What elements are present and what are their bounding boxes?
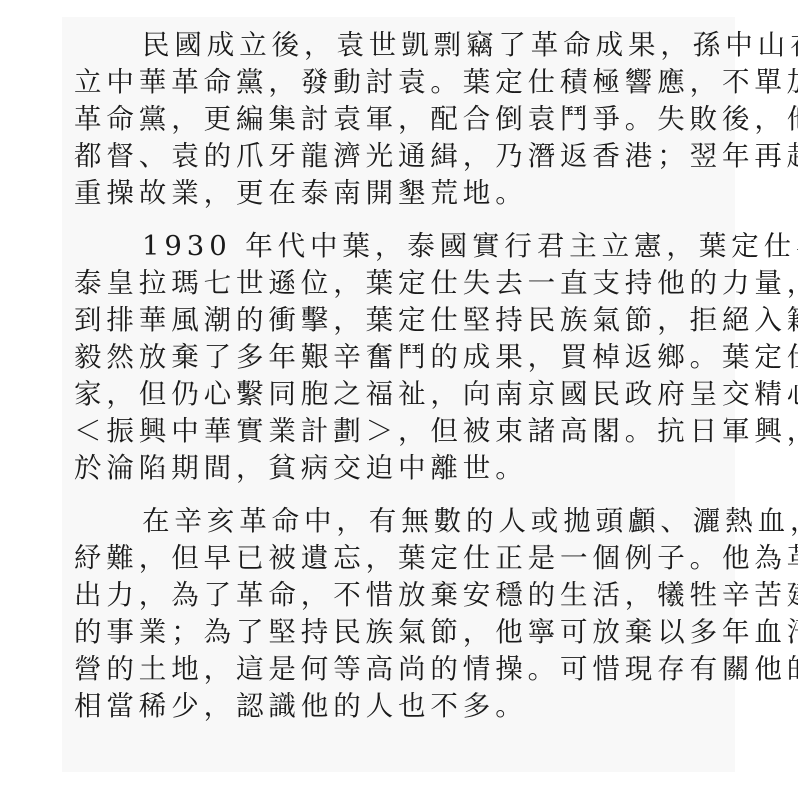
text-line: 民國成立後，袁世凱剽竊了革命成果，孫中山在日本成 (74, 27, 734, 64)
text-line: 在辛亥革命中，有無數的人或拋頭顱、灑熱血，或毀家 (74, 503, 734, 540)
text-line: 都督、袁的爪牙龍濟光通緝，乃潛返香港；翌年再赴泰國， (74, 138, 734, 175)
text-line: 於淪陷期間，貧病交迫中離世。 (74, 450, 734, 487)
paragraph-3: 在辛亥革命中，有無數的人或拋頭顱、灑熱血，或毀家 紓難，但早已被遺忘，葉定仕正是… (74, 503, 734, 725)
text-line: 1930 年代中葉，泰國實行君主立憲，葉定仕早年的好友 (74, 228, 734, 265)
text-line: 營的土地，這是何等高尚的情操。可惜現存有關他的資料， (74, 651, 734, 688)
text-line: 立中華革命黨，發動討袁。葉定仕積極響應，不單加入中華 (74, 64, 734, 101)
text-line: 出力，為了革命，不惜放棄安穩的生活，犧牲辛苦建立起來 (74, 577, 734, 614)
text-line: 紓難，但早已被遺忘，葉定仕正是一個例子。他為革命出錢 (74, 540, 734, 577)
article-body: 民國成立後，袁世凱剽竊了革命成果，孫中山在日本成 立中華革命黨，發動討袁。葉定仕… (74, 27, 734, 741)
text-line: 革命黨，更編集討袁軍，配合倒袁鬥爭。失敗後，他被廣東 (74, 101, 734, 138)
scanned-page: 民國成立後，袁世凱剽竊了革命成果，孫中山在日本成 立中華革命黨，發動討袁。葉定仕… (62, 17, 735, 772)
text-line: 的事業；為了堅持民族氣節，他寧可放棄以多年血汗開墾經 (74, 614, 734, 651)
text-line: 泰皇拉瑪七世遜位，葉定仕失去一直支持他的力量，加上受 (74, 265, 734, 302)
text-line: 重操故業，更在泰南開墾荒地。 (74, 175, 734, 212)
paragraph-1: 民國成立後，袁世凱剽竊了革命成果，孫中山在日本成 立中華革命黨，發動討袁。葉定仕… (74, 27, 734, 212)
text-line: 到排華風潮的衝擊，葉定仕堅持民族氣節，拒絕入籍泰國， (74, 302, 734, 339)
text-line: 家，但仍心繫同胞之福祉，向南京國民政府呈交精心撰寫的 (74, 376, 734, 413)
text-line: 毅然放棄了多年艱辛奮鬥的成果，買棹返鄉。葉定仕閒賦在 (74, 339, 734, 376)
text-line: 相當稀少，認識他的人也不多。 (74, 688, 734, 725)
text-line: ＜振興中華實業計劃＞，但被束諸高閣。抗日軍興，葉定仕 (74, 413, 734, 450)
paragraph-2: 1930 年代中葉，泰國實行君主立憲，葉定仕早年的好友 泰皇拉瑪七世遜位，葉定仕… (74, 228, 734, 487)
